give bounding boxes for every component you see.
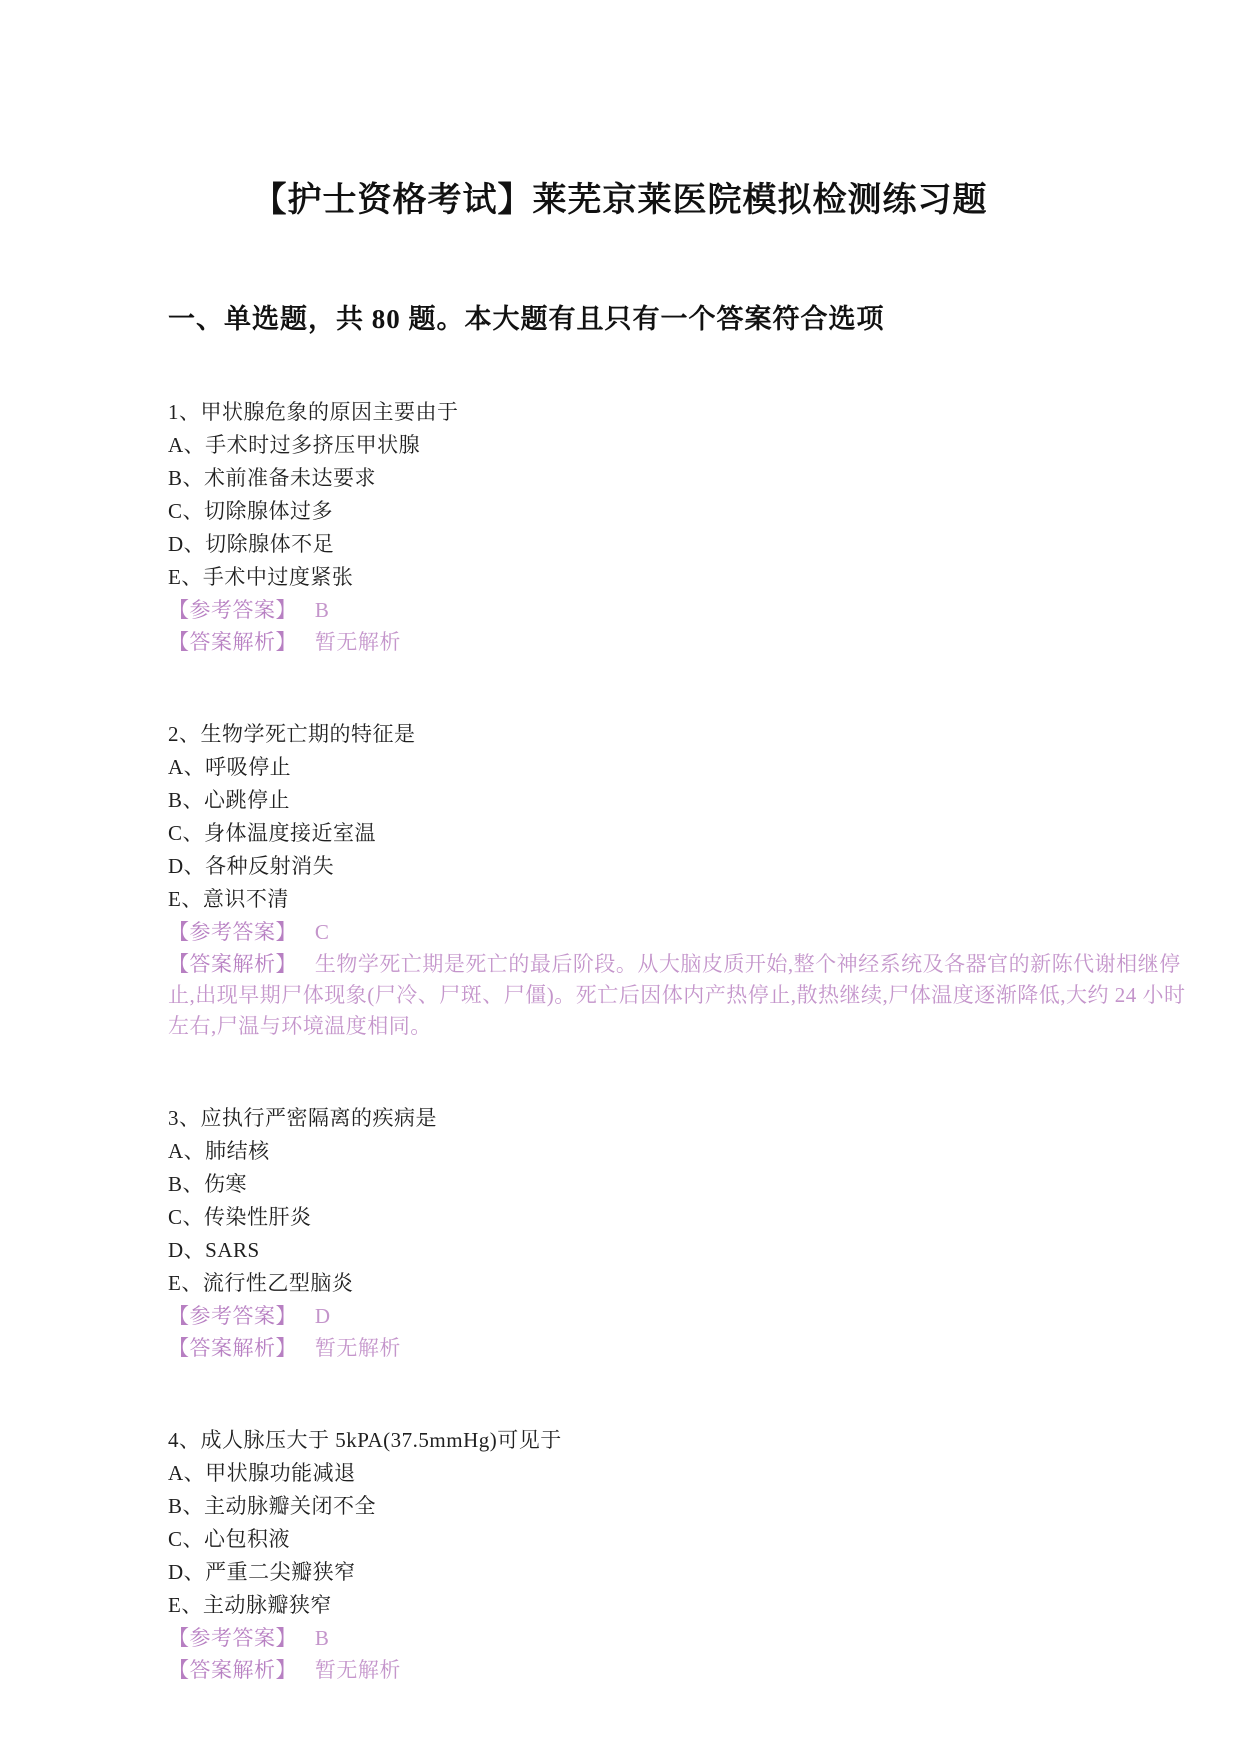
question-option: C、传染性肝炎 — [168, 1201, 1192, 1234]
document-title: 【护士资格考试】莱芜京莱医院模拟检测练习题 — [0, 172, 1240, 221]
answer-analysis-value: 暂无解析 — [315, 1336, 401, 1360]
reference-answer-line: 【参考答案】B — [168, 1622, 1192, 1655]
question-option: D、SARS — [168, 1234, 1192, 1267]
answer-analysis-line: 【答案解析】生物学死亡期是死亡的最后阶段。从大脑皮质开始,整个神经系统及各器官的… — [168, 949, 1192, 1042]
reference-answer-value: D — [315, 1304, 331, 1328]
answer-analysis-line: 【答案解析】暂无解析 — [168, 1333, 1192, 1364]
question-stem: 1、甲状腺危象的原因主要由于 — [168, 396, 1192, 429]
question-stem: 4、成人脉压大于 5kPA(37.5mmHg)可见于 — [168, 1424, 1192, 1457]
answer-analysis-label: 【答案解析】 — [168, 630, 297, 654]
answer-analysis-value: 暂无解析 — [315, 1658, 401, 1682]
question-stem: 2、生物学死亡期的特征是 — [168, 718, 1192, 751]
question-block-1: 1、甲状腺危象的原因主要由于 A、手术时过多挤压甲状腺 B、术前准备未达要求 C… — [168, 396, 1192, 658]
question-option: E、流行性乙型脑炎 — [168, 1267, 1192, 1300]
question-option: B、术前准备未达要求 — [168, 462, 1192, 495]
question-option: A、手术时过多挤压甲状腺 — [168, 429, 1192, 462]
reference-answer-line: 【参考答案】B — [168, 594, 1192, 627]
reference-answer-value: C — [315, 920, 330, 944]
question-block-4: 4、成人脉压大于 5kPA(37.5mmHg)可见于 A、甲状腺功能减退 B、主… — [168, 1424, 1192, 1686]
question-option: D、严重二尖瓣狭窄 — [168, 1556, 1192, 1589]
answer-analysis-value: 生物学死亡期是死亡的最后阶段。从大脑皮质开始,整个神经系统及各器官的新陈代谢相继… — [168, 952, 1185, 1038]
question-block-3: 3、应执行严密隔离的疾病是 A、肺结核 B、伤寒 C、传染性肝炎 D、SARS … — [168, 1102, 1192, 1364]
document-page: 【护士资格考试】莱芜京莱医院模拟检测练习题 一、单选题，共 80 题。本大题有且… — [0, 0, 1240, 1753]
reference-answer-label: 【参考答案】 — [168, 1304, 297, 1328]
reference-answer-value: B — [315, 598, 330, 622]
question-option: B、主动脉瓣关闭不全 — [168, 1490, 1192, 1523]
question-option: E、意识不清 — [168, 883, 1192, 916]
question-option: A、肺结核 — [168, 1135, 1192, 1168]
question-option: D、各种反射消失 — [168, 850, 1192, 883]
question-option: B、心跳停止 — [168, 784, 1192, 817]
answer-analysis-label: 【答案解析】 — [168, 1658, 297, 1682]
question-option: E、主动脉瓣狭窄 — [168, 1589, 1192, 1622]
section-heading: 一、单选题，共 80 题。本大题有且只有一个答案符合选项 — [168, 297, 1192, 336]
question-option: C、身体温度接近室温 — [168, 817, 1192, 850]
reference-answer-label: 【参考答案】 — [168, 598, 297, 622]
answer-analysis-line: 【答案解析】暂无解析 — [168, 627, 1192, 658]
reference-answer-line: 【参考答案】C — [168, 916, 1192, 949]
question-option: C、心包积液 — [168, 1523, 1192, 1556]
question-block-2: 2、生物学死亡期的特征是 A、呼吸停止 B、心跳停止 C、身体温度接近室温 D、… — [168, 718, 1192, 1042]
question-option: A、甲状腺功能减退 — [168, 1457, 1192, 1490]
reference-answer-label: 【参考答案】 — [168, 1626, 297, 1650]
question-stem: 3、应执行严密隔离的疾病是 — [168, 1102, 1192, 1135]
answer-analysis-value: 暂无解析 — [315, 630, 401, 654]
question-option: E、手术中过度紧张 — [168, 561, 1192, 594]
answer-analysis-label: 【答案解析】 — [168, 952, 297, 976]
question-option: B、伤寒 — [168, 1168, 1192, 1201]
answer-analysis-line: 【答案解析】暂无解析 — [168, 1655, 1192, 1686]
reference-answer-label: 【参考答案】 — [168, 920, 297, 944]
answer-analysis-label: 【答案解析】 — [168, 1336, 297, 1360]
question-option: D、切除腺体不足 — [168, 528, 1192, 561]
question-option: C、切除腺体过多 — [168, 495, 1192, 528]
reference-answer-value: B — [315, 1626, 330, 1650]
document-content: 一、单选题，共 80 题。本大题有且只有一个答案符合选项 1、甲状腺危象的原因主… — [0, 297, 1240, 1686]
question-option: A、呼吸停止 — [168, 751, 1192, 784]
reference-answer-line: 【参考答案】D — [168, 1300, 1192, 1333]
